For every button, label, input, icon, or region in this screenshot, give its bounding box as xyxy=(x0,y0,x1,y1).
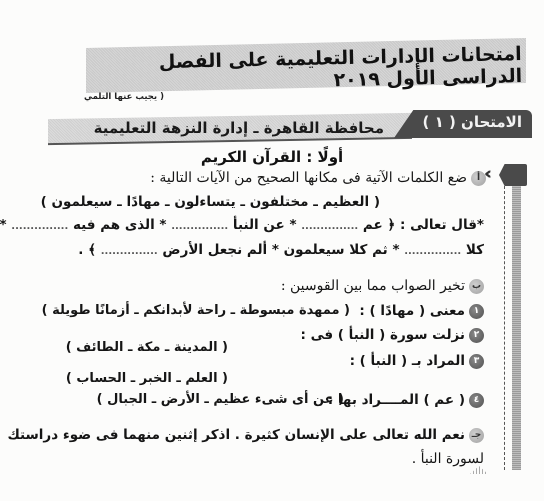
blank-4: ............... xyxy=(404,246,461,257)
side-dashed-line xyxy=(504,176,505,470)
question-number-tab xyxy=(499,164,527,186)
question-c-line-1: جـنعم الله تعالى على الإنسان كثيرة . اذك… xyxy=(7,427,484,443)
page-bottom-ornament xyxy=(470,466,488,474)
question-marker-b: ب xyxy=(469,279,484,294)
exam-region: محافظة القاهرة ـ إدارة النزهة التعليمية xyxy=(94,119,384,137)
mcq-item-2-stem: ٢نزلت سورة ( النبأ ) فى : xyxy=(300,327,484,343)
section-heading: أولًا : القرآن الكريم xyxy=(0,148,544,166)
verse-line-1: *قال تعالى : ﴿ عم ............... * عن ا… xyxy=(0,217,484,233)
exam-page: امتحانات الإدارات التعليمية على الفصل ال… xyxy=(0,0,544,501)
question-a-instruction: أضع الكلمات الآتية فى مكانها الصحيح من ا… xyxy=(150,170,486,186)
mcq-item-1-stem: ١معنى ( مهادًا ) : xyxy=(359,303,484,319)
verse-line-2: كلا ............... * ثم كلا سيعلمون * أ… xyxy=(78,242,484,258)
question-marker-a: أ xyxy=(471,171,486,186)
mcq-item-4-options: ( عن أى شىء عظيم ـ الأرض ـ الجبال ) xyxy=(97,392,344,407)
mcq-item-4-stem: ٤( عم ) المــــراد بها : xyxy=(328,392,484,408)
blank-5: ............... xyxy=(101,246,158,257)
question-marker-c: جـ xyxy=(469,428,484,443)
word-bank: ( العظيم ـ مختلفون ـ يتساءلون ـ مهادًا ـ… xyxy=(41,194,380,210)
blank-1: ............... xyxy=(301,221,358,232)
page-title: امتحانات الإدارات التعليمية على الفصل ال… xyxy=(82,43,523,97)
blank-2: ............... xyxy=(171,221,228,232)
question-b-instruction: بتخير الصواب مما بين القوسين : xyxy=(281,278,484,294)
exam-banner: الامتحان ( ١ ) محافظة القاهرة ـ إدارة ال… xyxy=(48,110,532,144)
mcq-item-3-options: ( العلم ـ الخبر ـ الحساب ) xyxy=(66,371,228,386)
subtitle-note: ( يجيب عنها التلمي xyxy=(84,92,164,102)
mcq-item-1-options: ( ممهدة مبسوطة ـ راحة لأبدانكم ـ أزمانًا… xyxy=(42,303,350,318)
blank-3: ............... xyxy=(11,221,68,232)
exam-number-label: الامتحان ( ١ ) xyxy=(422,113,522,131)
mcq-item-2-options: ( المدينة ـ مكة ـ الطائف ) xyxy=(66,340,228,355)
side-margin-rule xyxy=(512,170,521,470)
mcq-item-3-stem: ٣المراد بـ ( النبأ ) : xyxy=(350,353,484,369)
question-c-line-2: لسورة النبأ . xyxy=(412,451,484,467)
